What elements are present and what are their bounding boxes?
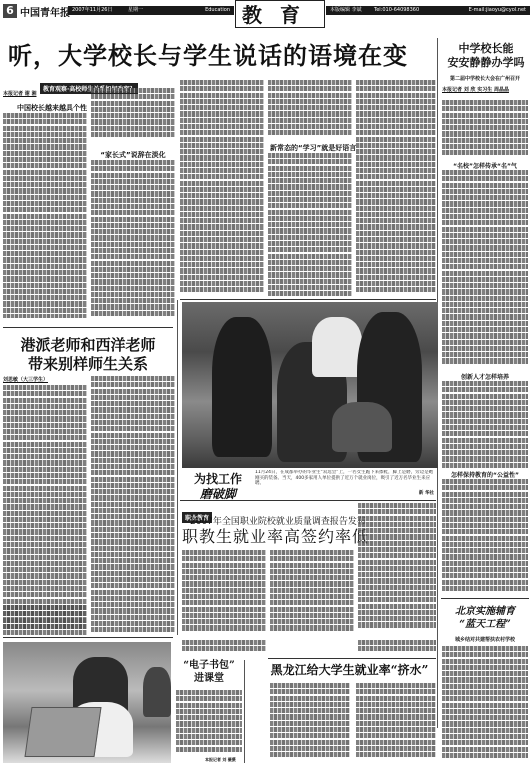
beijing-headline-line2: “蓝天工程”: [442, 619, 528, 632]
hk-column-2: [91, 376, 175, 635]
vocational-column-1: [182, 550, 266, 635]
beijing-headline: 北京实施辅育 “蓝天工程”: [442, 606, 528, 631]
editor-credit: 本版编辑 李斌: [330, 6, 362, 15]
vocational-column-3: [358, 503, 436, 635]
sidebar-headline-line2: 安安静静办学吗: [444, 56, 528, 70]
sidebar-text-1: [442, 100, 528, 160]
vocational-headline-line1: 2007年全国职业院校就业质量调查报告发布: [190, 514, 366, 527]
lead-column-1: [3, 113, 87, 318]
beijing-headline-line1: 北京实施辅育: [442, 606, 528, 619]
page-number: 6: [3, 4, 17, 18]
ebook-headline: “电子书包” 进课堂: [175, 660, 243, 685]
photo-headline-line1: 为找工作: [188, 472, 248, 487]
phone: Tel:010-64098360: [374, 6, 419, 15]
beijing-top-rule: [441, 598, 529, 599]
sidebar-headline: 中学校长能 安安静静办学吗: [444, 42, 528, 70]
masthead-bar-right: 本版编辑 李斌 Tel:010-64098360 E-mail:jiaoyu@c…: [326, 6, 530, 15]
sidebar-subhead: 第二届中学校长大会在广州召开: [441, 75, 529, 82]
masthead-bar-left: 2007年11月26日 星期一 Education: [68, 6, 234, 15]
photo-figure: [312, 317, 362, 377]
lead-column-3: [180, 80, 264, 298]
issue-date: 2007年11月26日: [72, 6, 112, 15]
lead-column-2a: [91, 88, 175, 138]
vocational-tail-2: [358, 640, 436, 656]
lead-headline: 听，大学校长与学生说话的语境在变: [8, 36, 408, 71]
beijing-text: [442, 646, 528, 763]
photo-child-right: [143, 667, 171, 717]
section-en: Education: [205, 6, 230, 15]
heilongjiang-headline: 黑龙江给大学生就业率“挤水”: [262, 663, 437, 678]
masthead: 6 中国青年报 2007年11月26日 星期一 Education 教育 本版编…: [0, 0, 530, 22]
hk-column-1: [3, 385, 87, 635]
sidebar-text-2: [442, 170, 528, 370]
vocational-column-2: [270, 550, 354, 635]
lead-section-head-3: 新常态的“学习”就是好语言: [270, 143, 350, 153]
ebook-text: [176, 690, 242, 756]
lead-column-5: [356, 80, 436, 298]
vocational-headline-line2: 职教生就业率高签约率低: [182, 527, 357, 547]
paper-logo: 中国青年报: [20, 4, 70, 19]
photo-credit: 新 华社: [419, 490, 434, 496]
hk-byline: 刘思敏（大三学生）: [3, 376, 48, 383]
ebook-headline-line2: 进课堂: [175, 673, 243, 686]
column-rule-left: [177, 300, 178, 635]
sidebar-section-head-3: 怎样保持教育的“公益性”: [442, 470, 528, 479]
photo-laptop: [24, 707, 101, 757]
lead-section-head-1: 中国校长越来越具个性: [12, 103, 92, 113]
heilongjiang-top-rule: [268, 658, 436, 659]
lead-section-head-2: “家长式”说辞在淡化: [93, 150, 173, 160]
weekday: 星期一: [128, 6, 143, 15]
ebook-top-rule: [3, 637, 173, 638]
section-title: 教育: [235, 0, 325, 28]
hk-tail-1: [3, 605, 87, 635]
lead-column-2b: [91, 160, 175, 318]
hk-headline-line1: 港派老师和西洋老师: [3, 336, 173, 355]
sidebar-headline-line1: 中学校长能: [444, 42, 528, 56]
photo-headline: 为找工作 磨破脚: [188, 472, 248, 502]
sidebar-section-head-1: “名校”怎样传承“名”气: [442, 161, 528, 170]
job-seekers-photo: [182, 302, 438, 468]
ebook-credit: 本报记者 刘 薇摄: [205, 757, 236, 763]
ebook-headline-line1: “电子书包”: [175, 660, 243, 673]
photo-backpack: [332, 402, 392, 452]
photo-caption: 11月24日，在成都举办的毕业生“双选会”上，一名女生跪下来擦鞋，脚上是磨，旁边…: [255, 470, 437, 496]
sidebar-text-3: [442, 381, 528, 473]
sidebar-text-4: [442, 479, 528, 594]
lead-column-4a: [268, 80, 352, 138]
ebook-classroom-photo: [3, 642, 171, 763]
sidebar-byline: 本报记者 刘 欣 实习生 周晶晶: [442, 86, 528, 93]
hk-headline-line2: 带来别样师生关系: [3, 355, 173, 374]
lead-byline: 本报记者 谢 湘: [3, 90, 36, 97]
photo-figure: [212, 317, 272, 457]
hk-headline: 港派老师和西洋老师 带来别样师生关系: [3, 336, 173, 374]
beijing-subhead: 城乡结对共建帮扶农村学校: [441, 636, 529, 643]
heilongjiang-column-2: [356, 683, 436, 763]
lead-bottom-rule: [180, 299, 436, 300]
heilongjiang-column-1: [270, 683, 350, 763]
sidebar-section-head-2: 创新人才怎样培养: [442, 372, 528, 381]
ebook-column-rule: [244, 660, 245, 763]
lead-column-4b: [268, 153, 352, 298]
vocational-tail: [182, 640, 266, 656]
hk-top-rule: [3, 327, 173, 328]
email: E-mail:jiaoyu@cyol.net: [469, 6, 526, 15]
vocational-top-rule: [180, 500, 436, 501]
